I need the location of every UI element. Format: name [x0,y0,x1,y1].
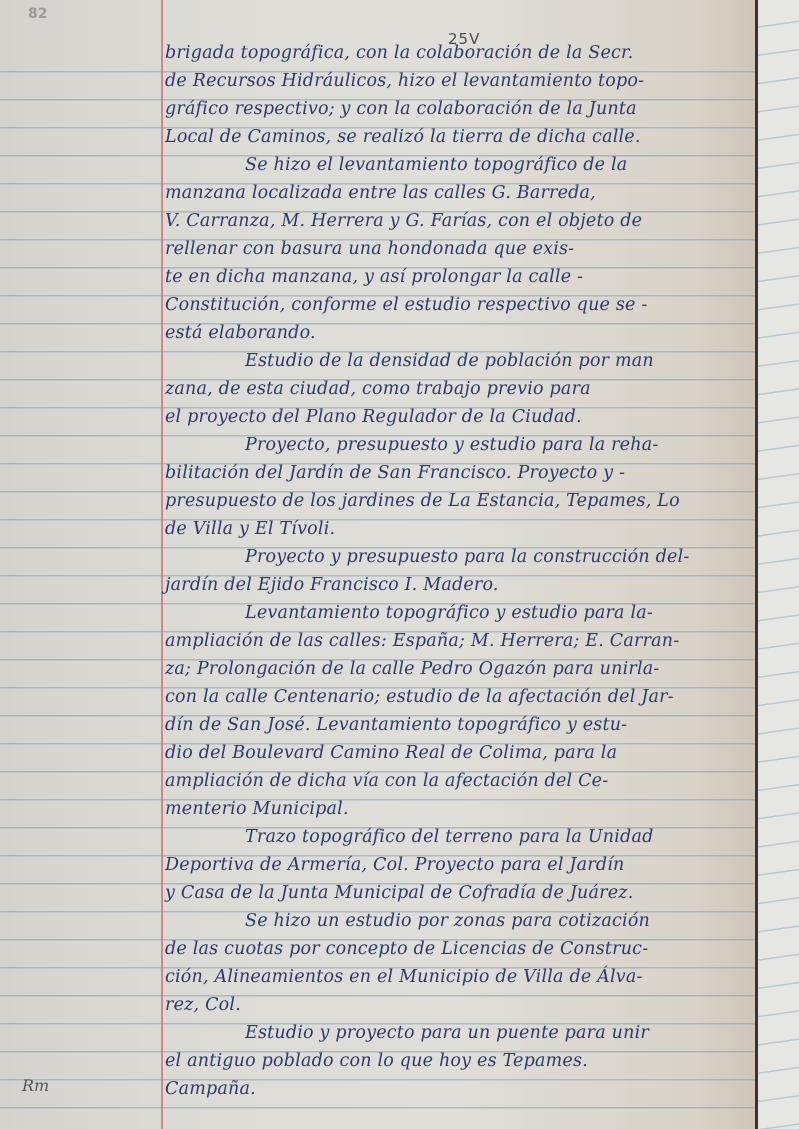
text-line: dio del Boulevard Camino Real de Colima,… [165,742,755,764]
ledger-page: 82 25V Rm brigada topográfica, con la co… [0,0,755,1129]
text-line: Proyecto, presupuesto y estudio para la … [245,434,755,456]
text-line: Estudio de la densidad de población por … [245,350,755,372]
text-line: gráfico respectivo; y con la colaboració… [165,98,755,120]
text-line: Trazo topográfico del terreno para la Un… [245,826,755,848]
text-line: de Recursos Hidráulicos, hizo el levanta… [165,70,755,92]
text-line: za; Prolongación de la calle Pedro Ogazó… [165,658,755,680]
text-line: brigada topográfica, con la colaboración… [165,42,755,64]
text-line: dín de San José. Levantamiento topográfi… [165,714,755,736]
text-line: V. Carranza, M. Herrera y G. Farías, con… [165,210,755,232]
text-line: el antiguo poblado con lo que hoy es Tep… [165,1050,755,1072]
text-line: y Casa de la Junta Municipal de Cofradía… [165,882,755,904]
text-line: presupuesto de los jardines de La Estanc… [165,490,755,512]
text-line: Local de Caminos, se realizó la tierra d… [165,126,755,148]
text-line: manzana localizada entre las calles G. B… [165,182,755,204]
red-margin-line [161,0,163,1129]
text-line: rellenar con basura una hondonada que ex… [165,238,755,260]
text-line: de Villa y El Tívoli. [165,518,755,540]
text-line: ampliación de dicha vía con la afectació… [165,770,755,792]
text-line: Constitución, conforme el estudio respec… [165,294,755,316]
text-line: ampliación de las calles: España; M. Her… [165,630,755,652]
text-line: Proyecto y presupuesto para la construcc… [245,546,755,568]
text-line: ción, Alineamientos en el Municipio de V… [165,966,755,988]
text-line: Se hizo un estudio por zonas para cotiza… [245,910,755,932]
text-line: Campaña. [165,1078,755,1100]
text-line: Deportiva de Armería, Col. Proyecto para… [165,854,755,876]
text-line: bilitación del Jardín de San Francisco. … [165,462,755,484]
facing-page-edge [758,0,799,1129]
text-line: Levantamiento topográfico y estudio para… [245,602,755,624]
corner-mark: 82 [28,6,47,22]
text-line: Estudio y proyecto para un puente para u… [245,1022,755,1044]
text-line: con la calle Centenario; estudio de la a… [165,686,755,708]
text-line: está elaborando. [165,322,755,344]
margin-initials: Rm [22,1076,49,1095]
text-line: el proyecto del Plano Regulador de la Ci… [165,406,755,428]
text-line: jardín del Ejido Francisco I. Madero. [165,574,755,596]
text-line: menterio Municipal. [165,798,755,820]
text-line: Se hizo el levantamiento topográfico de … [245,154,755,176]
text-line: de las cuotas por concepto de Licencias … [165,938,755,960]
text-line: te en dicha manzana, y así prolongar la … [165,266,755,288]
text-line: rez, Col. [165,994,755,1016]
text-line: zana, de esta ciudad, como trabajo previ… [165,378,755,400]
